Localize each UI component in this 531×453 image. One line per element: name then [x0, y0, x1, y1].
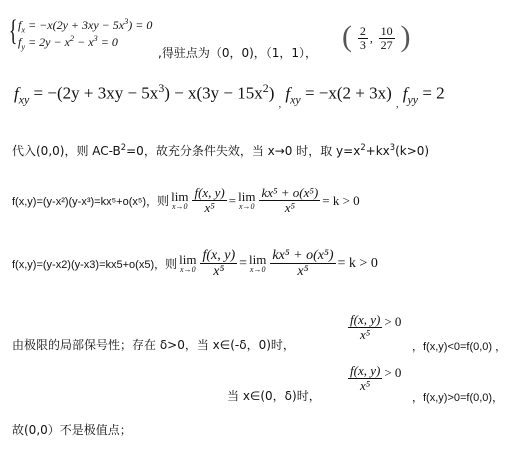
fraction-kx5: kx⁵ + o(x⁵)x⁵ [270, 248, 335, 280]
fxy-symbol: fxy [285, 84, 300, 103]
expansion-text: f(x,y)=(y-x2)(y-x3)=kx5+o(x5)， [12, 256, 165, 272]
second-derivatives: fxy = −(2y + 3xy − 5x3) − x(3y − 15x2) ,… [14, 81, 445, 107]
limit-result: = k > 0 [338, 256, 378, 272]
fraction-kx5: kx⁵ + o(x⁵)x⁵ [259, 186, 320, 216]
equation-fy: fy = 2y − x2 − x3 = 0 [18, 31, 118, 55]
sign-line-2-tail: ，f(x,y)>0=f(0,0)， [412, 389, 503, 405]
expansion-text: f(x,y)=(y-x²)(y-x³)=kx⁵+o(x⁵)， [12, 193, 157, 209]
stationary-point-3: ( 2 3 , 10 27 ) [342, 22, 410, 56]
fyy-symbol: fyy [403, 84, 418, 103]
text-b: =0，故充分条件失效，当 x→0 时，取 y=x [126, 144, 360, 158]
limit-operator: limx→0 [238, 190, 255, 212]
then-text: 则 [157, 192, 169, 209]
fyy-sub: yy [408, 92, 419, 106]
fxx-sub: xy [19, 92, 30, 106]
greater-than-zero: > 0 [384, 365, 401, 381]
numerator: f(x, y) [348, 313, 382, 328]
limit-operator: limx→0 [249, 253, 266, 275]
denominator: x⁵ [360, 328, 370, 342]
denominator: x⁵ [360, 379, 370, 393]
left-paren: ( [342, 20, 352, 53]
then-text: 则 [165, 255, 177, 272]
separator: , [279, 99, 282, 110]
fxx-end: ) [269, 84, 275, 103]
greater-than-zero: > 0 [384, 314, 401, 330]
fraction-f-over-x5: f(x, y)x⁵ [192, 186, 226, 216]
sign-line-1-tail: ，f(x,y)<0=f(0,0) ， [412, 338, 506, 354]
text-c: +kx [366, 144, 390, 158]
fraction-f-over-x5: f(x, y)x⁵ [348, 364, 382, 394]
fraction-2-3: 2 3 [358, 25, 368, 52]
lim-sub: x→0 [239, 203, 255, 212]
fxx-expr: = −(2y + 3xy − 5x [29, 84, 158, 103]
limit-line-1: f(x,y)=(y-x²)(y-x³)=kx⁵+o(x⁵)， 则 limx→0 … [12, 186, 360, 216]
denominator: x⁵ [297, 264, 308, 279]
fraction-f-over-x5: f(x, y)x⁵ [348, 313, 382, 343]
denominator: x⁵ [213, 264, 224, 279]
lim-sub: x→0 [172, 203, 188, 212]
fy-rhs: = 2y − x [25, 35, 70, 49]
lim-label: lim [238, 190, 255, 203]
limit-result: = k > 0 [322, 193, 359, 209]
fy-end: = 0 [98, 35, 118, 49]
fx-end: ) = 0 [128, 18, 152, 32]
fx-rhs: = −x(2y + 3xy − 5x [25, 18, 124, 32]
fxy-sub: xy [290, 92, 301, 106]
lim-sub: x→0 [180, 266, 196, 275]
text-d: (k>0) [395, 144, 429, 158]
fy-mid: − x [74, 35, 93, 49]
fxx-symbol: fxy [14, 84, 29, 103]
fxx-mid: ) − x(3y − 15x [164, 84, 263, 103]
numerator: f(x, y) [348, 364, 382, 379]
denominator: x⁵ [204, 201, 214, 215]
denominator: 3 [360, 39, 366, 52]
numerator: 2 [358, 25, 368, 39]
separator: , [396, 99, 399, 110]
text-a: 代入(0,0)，则 AC-B [12, 144, 121, 158]
sign-line-1-text: 由极限的局部保号性；存在 δ>0，当 x∈(-δ，0)时， [12, 336, 295, 353]
numerator: f(x, y) [200, 248, 237, 264]
conclusion: 故(0,0）不是极值点； [12, 421, 132, 438]
substitute-line: 代入(0,0)，则 AC-B2=0，故充分条件失效，当 x→0 时，取 y=x2… [12, 142, 429, 159]
numerator: 10 [379, 25, 395, 39]
numerator: kx⁵ + o(x⁵) [259, 186, 320, 201]
fxy-expr: = −x(2 + 3x) [301, 84, 392, 103]
limit-operator: limx→0 [171, 190, 188, 212]
sign-line-2-fraction: f(x, y)x⁵ > 0 [346, 364, 401, 394]
right-paren: ) [400, 20, 410, 53]
stationary-points-text: ,得驻点为（0，0)，（1，1）， [158, 44, 317, 61]
fraction-10-27: 10 27 [379, 25, 395, 52]
denominator: x⁵ [285, 201, 295, 215]
left-brace: { [9, 16, 18, 46]
lim-label: lim [171, 190, 188, 203]
limit-line-2: f(x,y)=(y-x2)(y-x3)=kx5+o(x5)， 则 limx→0 … [12, 248, 378, 280]
fyy-expr: = 2 [418, 84, 445, 103]
sign-line-2-text: 当 x∈(0，δ)时， [227, 387, 321, 404]
lim-sub: x→0 [250, 266, 266, 275]
fraction-f-over-x5: f(x, y)x⁵ [200, 248, 237, 280]
sign-line-1-fraction: f(x, y)x⁵ > 0 [346, 313, 401, 343]
numerator: kx⁵ + o(x⁵) [270, 248, 335, 264]
numerator: f(x, y) [192, 186, 226, 201]
limit-operator: limx→0 [179, 253, 196, 275]
denominator: 27 [381, 39, 393, 52]
